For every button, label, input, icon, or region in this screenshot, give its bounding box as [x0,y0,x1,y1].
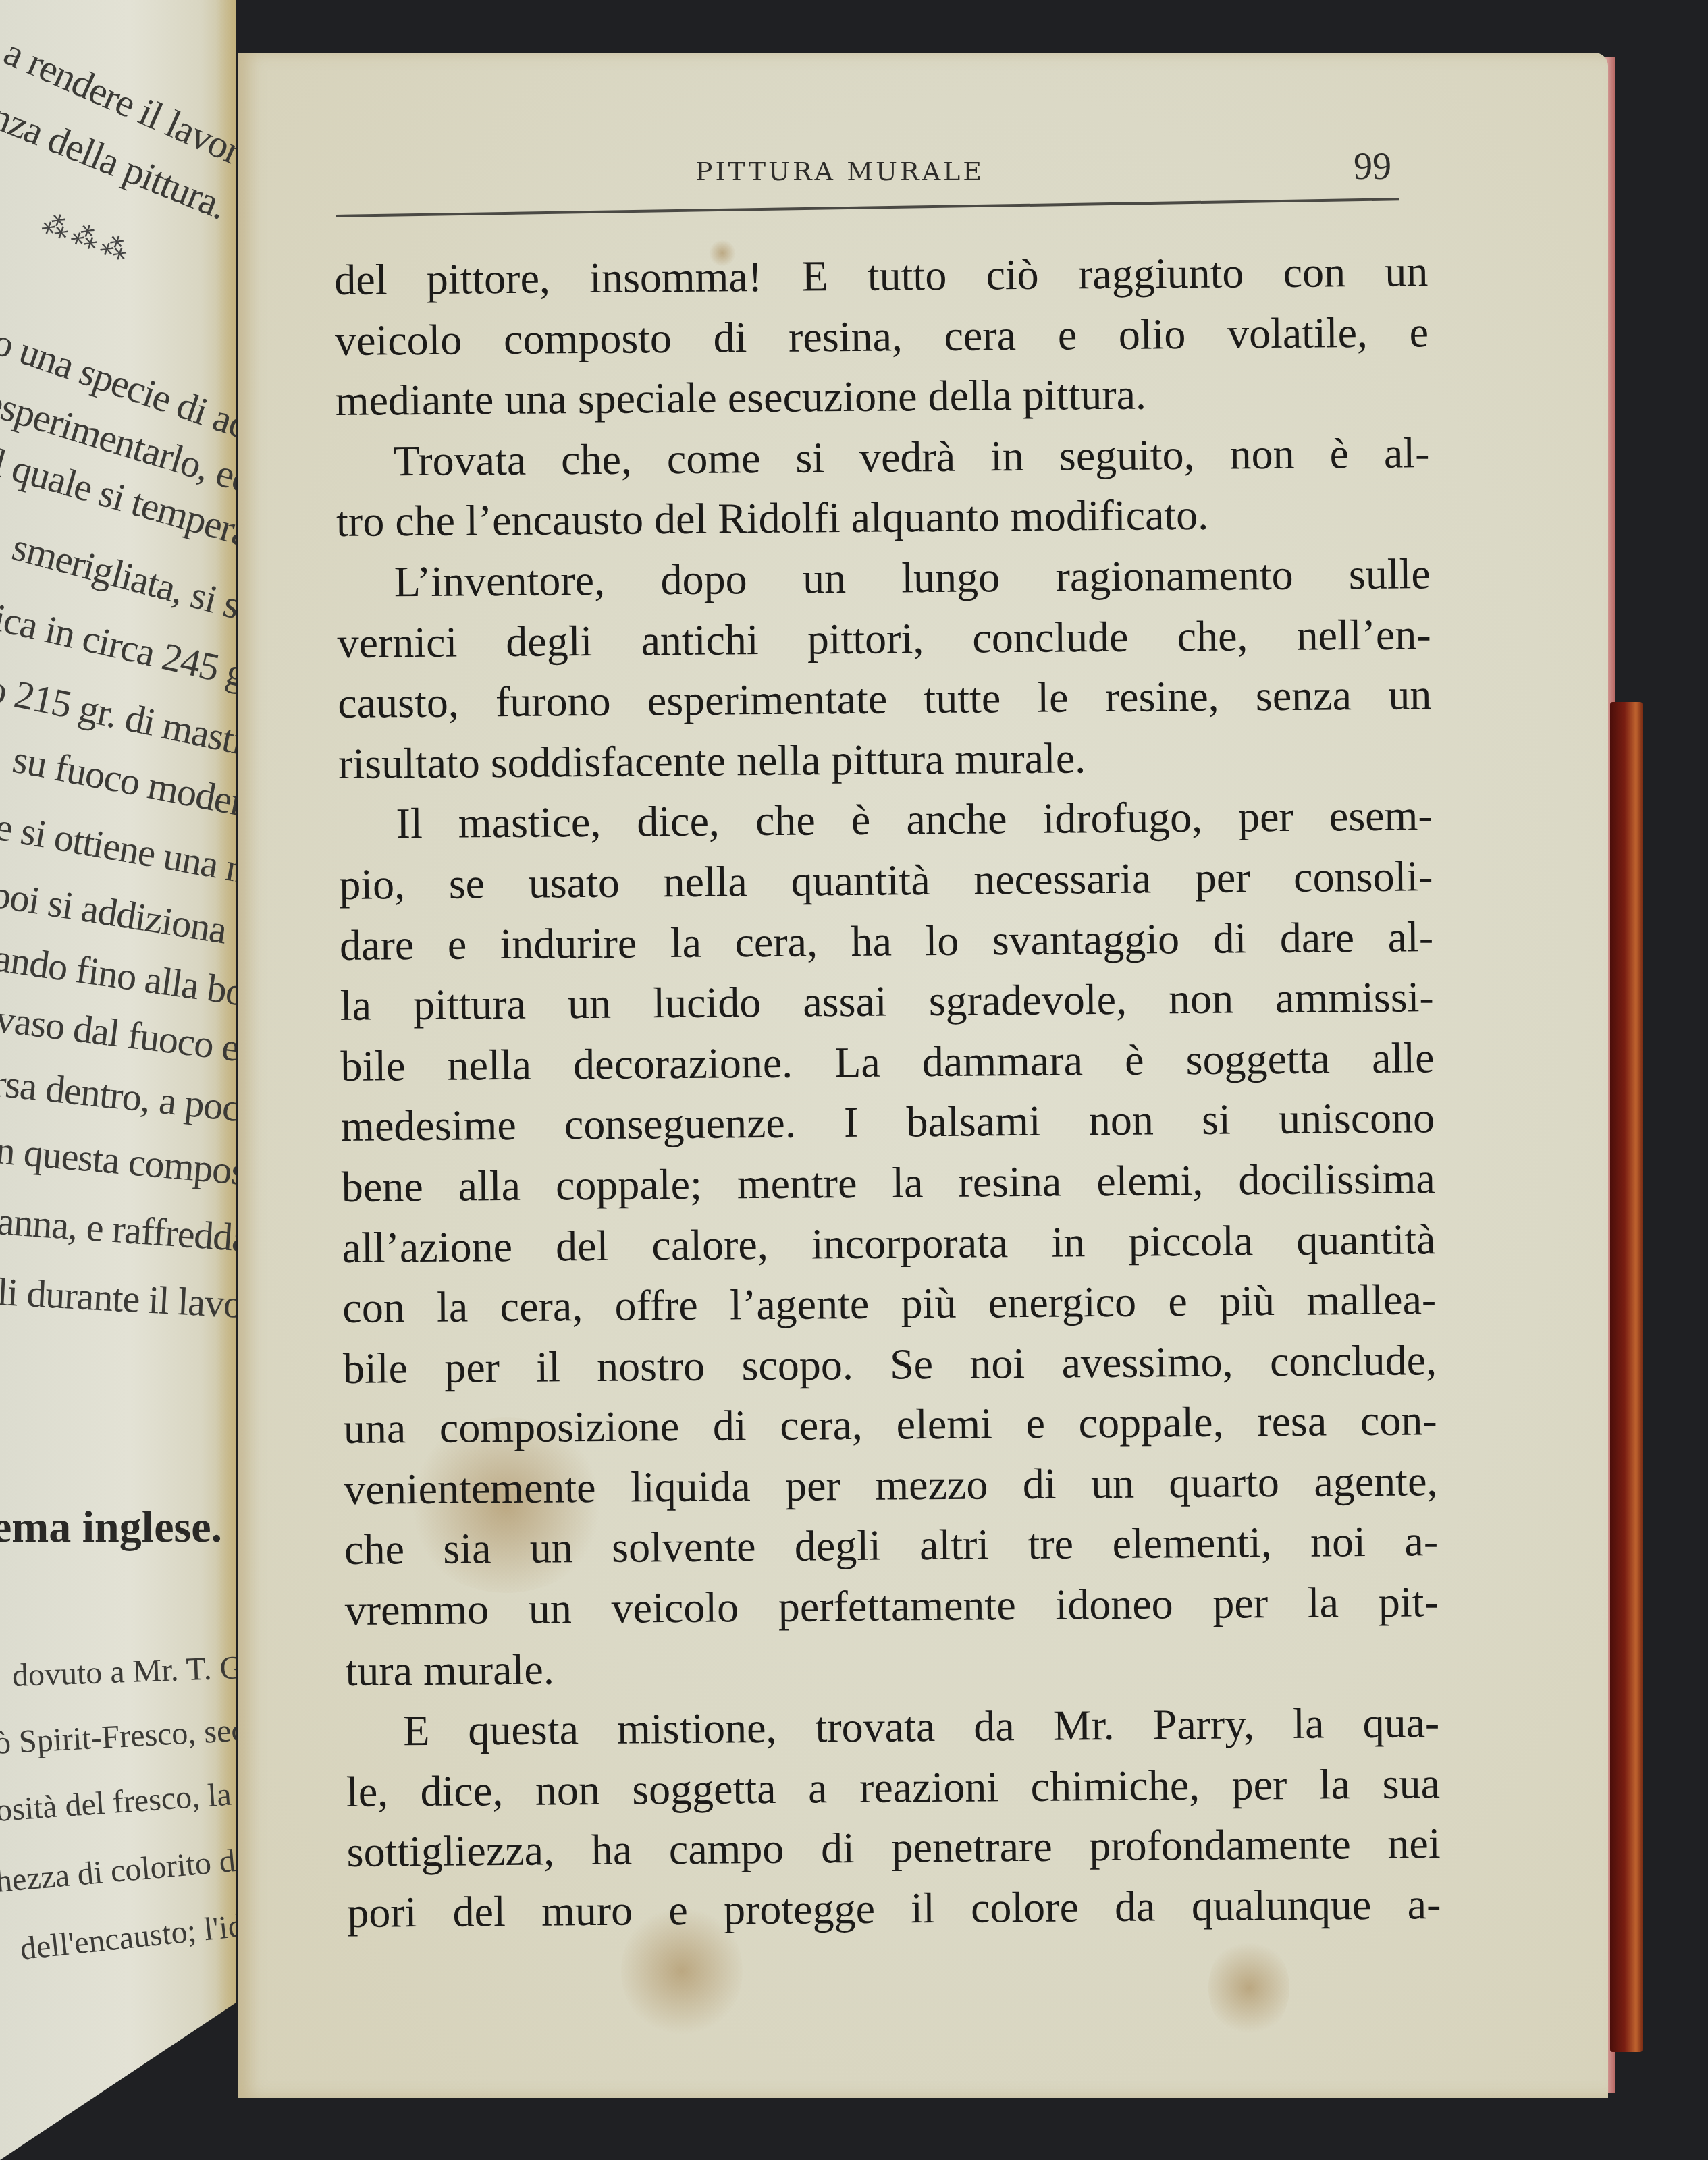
text-line: vremmo un veicolo perfettamente idoneo p… [344,1571,1439,1640]
text-line: bile nella decorazione. La dammara è sog… [340,1027,1435,1096]
left-page-line: osità del fresco, la fr [0,1774,236,1829]
left-page-line: li durante il lavoro [0,1269,236,1328]
page-number: 99 [1354,145,1391,188]
text-line: E questa mistione, trovata da Mr. Parry,… [346,1692,1440,1761]
text-line: una composizione di cera, elemi e coppal… [343,1390,1437,1459]
text-line: pori del muro e protegge il colore da qu… [347,1874,1441,1943]
left-page-line: dovuto a Mr. T. Gam- [11,1647,236,1694]
text-line: la pittura un lucido assai sgradevole, n… [340,967,1434,1035]
text-line: del pittore, insomma! E tutto ciò raggiu… [334,241,1429,310]
text-line: L’inventore, dopo un lungo ragionamento … [337,543,1431,612]
text-line: tro che l’encausto del Ridolfi alquanto … [336,483,1431,552]
text-line: che sia un solvente degli altri tre elem… [344,1511,1439,1580]
text-line: mediante una speciale esecuzione della p… [335,362,1429,431]
left-page-line: n questa composizione, li [0,1127,236,1206]
text-line: all’azione del calore, incorporata in pi… [342,1209,1436,1278]
text-line: bile per il nostro scopo. Se noi avessim… [343,1330,1437,1399]
left-page-line: ò Spirit-Fresco, secondo [0,1708,236,1762]
left-page-line: dell'encausto; l'ideale [18,1901,236,1968]
running-head: PITTURA MURALE [695,157,984,186]
text-line: Trovata che, come si vedrà in seguito, n… [336,423,1430,491]
text-line: sottigliezza, ha campo di penetrare prof… [346,1814,1441,1883]
text-line: le, dice, non soggetta a reazioni chimic… [346,1753,1441,1822]
text-line: veicolo composto di resina, cera e olio … [335,302,1429,371]
book-cover-edge [1610,702,1643,2052]
section-ornament: ⁂⁂⁂ [38,208,136,269]
text-line: venientemente liquida per mezzo di un qu… [344,1451,1438,1519]
text-line: medesime conseguenze. I balsami non si u… [341,1088,1435,1157]
text-line: con la cera, offre l’agente più energico… [342,1269,1437,1338]
text-line: dare e indurire la cera, ha lo svantaggi… [340,907,1434,975]
gutter-shadow [216,0,236,2160]
paper-stain [1208,1937,1289,2039]
body-text: del pittore, insomma! E tutto ciò raggiu… [334,241,1441,1943]
text-line: pio, se usato nella quantità necessaria … [339,846,1433,915]
left-page-line: anna, e raffreddata, si [0,1198,236,1266]
text-line: vernici degli antichi pittori, conclude … [337,604,1431,673]
left-page: a rendere il lavoro più nza della pittur… [0,0,236,2160]
text-line: risultato soddisfacente nella pittura mu… [338,725,1433,794]
left-page-line: hezza di colorito della [0,1838,236,1900]
text-line: bene alla coppale; mentre la resina elem… [342,1148,1436,1217]
text-line: causto, furono esperimentate tutte le re… [338,664,1432,733]
background-corner [0,1998,236,2160]
text-line: Il mastice, dice, che è anche idrofugo, … [338,786,1433,855]
left-section-heading: ema inglese. [0,1502,222,1553]
text-line: tura murale. [345,1632,1439,1701]
